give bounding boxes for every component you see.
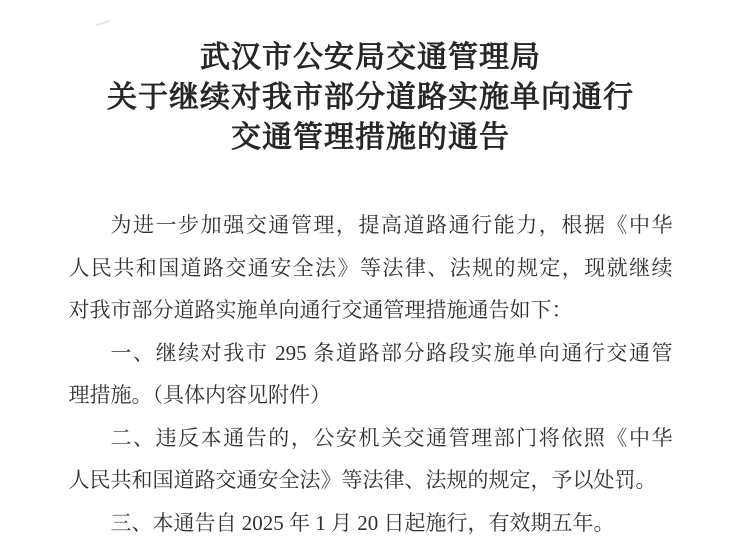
- notice-document-page: 武汉市公安局交通管理局 关于继续对我市部分道路实施单向通行 交通管理措施的通告 …: [0, 0, 741, 538]
- body-line: 人民共和国道路交通安全法》等法律、法规的规定，予以处罚。: [69, 459, 673, 502]
- document-title: 武汉市公安局交通管理局 关于继续对我市部分道路实施单向通行 交通管理措施的通告: [0, 0, 741, 158]
- body-line: 人民共和国道路交通安全法》等法律、法规的规定，现就继续: [69, 247, 673, 290]
- title-line-subject: 关于继续对我市部分道路实施单向通行: [0, 78, 741, 118]
- body-line: 对我市部分道路实施单向通行交通管理措施通告如下：: [69, 289, 673, 332]
- paragraph-item-3: 三、本通告自 2025 年 1 月 20 日起施行，有效期五年。: [69, 502, 673, 538]
- document-body: 为进一步加强交通管理，提高道路通行能力，根据《中华 人民共和国道路交通安全法》等…: [69, 204, 673, 538]
- title-line-issuer: 武汉市公安局交通管理局: [0, 38, 741, 78]
- body-line: 一、继续对我市 295 条道路部分路段实施单向通行交通管: [69, 332, 673, 375]
- body-line: 三、本通告自 2025 年 1 月 20 日起施行，有效期五年。: [69, 502, 673, 538]
- body-line: 二、违反本通告的，公安机关交通管理部门将依照《中华: [69, 417, 673, 460]
- title-line-doctype: 交通管理措施的通告: [0, 118, 741, 158]
- paragraph-item-2: 二、违反本通告的，公安机关交通管理部门将依照《中华 人民共和国道路交通安全法》等…: [69, 417, 673, 502]
- body-line: 为进一步加强交通管理，提高道路通行能力，根据《中华: [69, 204, 673, 247]
- paragraph-preamble: 为进一步加强交通管理，提高道路通行能力，根据《中华 人民共和国道路交通安全法》等…: [69, 204, 673, 332]
- body-line: 理措施。（具体内容见附件）: [69, 374, 673, 417]
- paragraph-item-1: 一、继续对我市 295 条道路部分路段实施单向通行交通管 理措施。（具体内容见附…: [69, 332, 673, 417]
